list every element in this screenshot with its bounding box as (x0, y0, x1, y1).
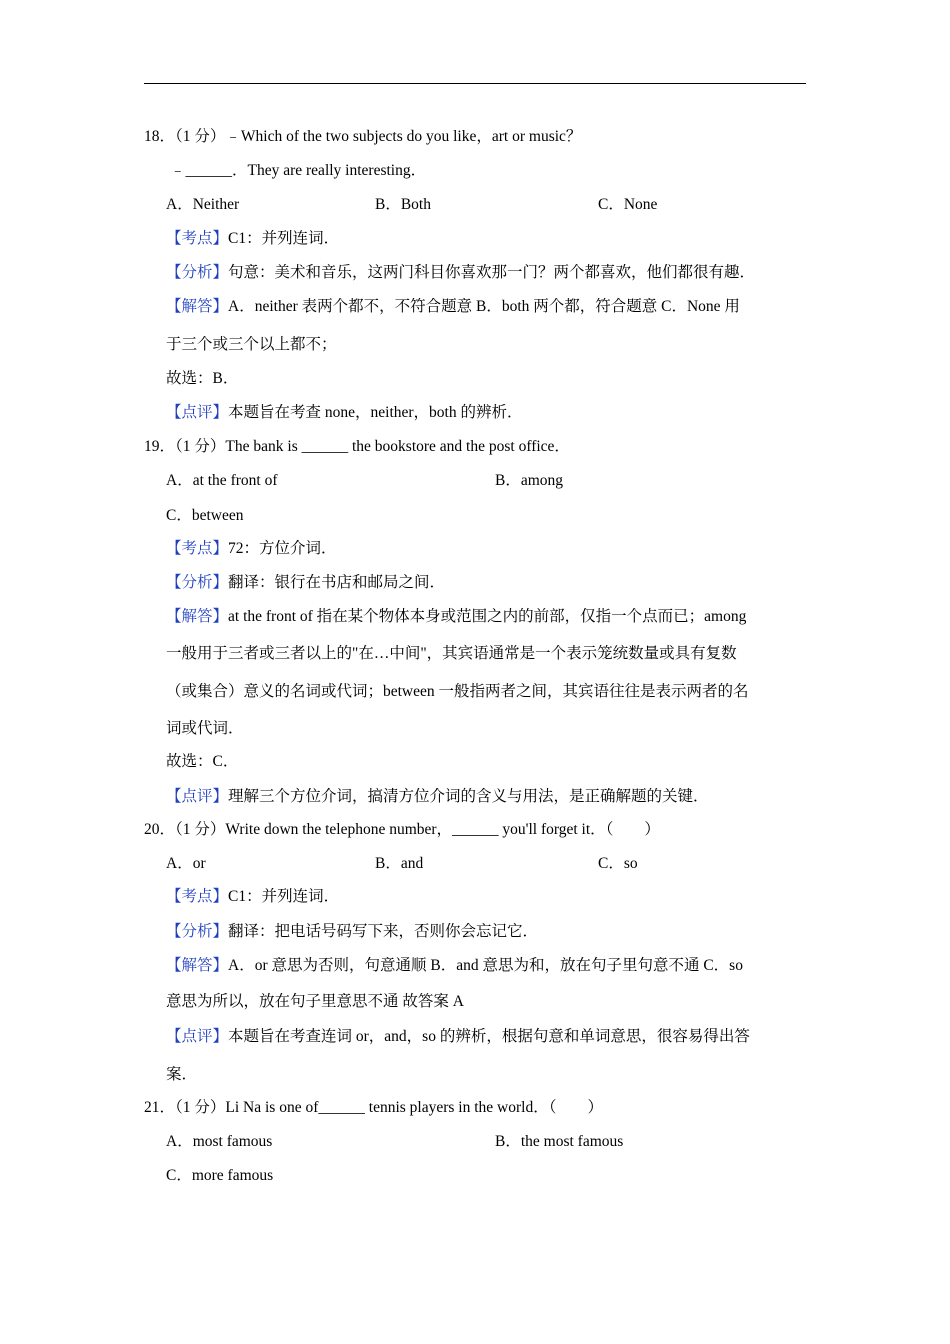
option-b: B．and (375, 854, 423, 874)
question-21-stem: 21．（1 分）Li Na is one of______ tennis pla… (144, 1098, 603, 1118)
option-c: C．more famous (166, 1166, 273, 1186)
option-b: B．among (495, 471, 563, 491)
option-c: C．between (166, 506, 243, 526)
jieda-cont: 一般用于三者或三者以上的"在…中间"，其宾语通常是一个表示笼统数量或具有复数 (166, 644, 737, 664)
kaodian: 【考点】C1：并列连词． (166, 887, 339, 907)
question-20-stem: 20．（1 分）Write down the telephone number，… (144, 820, 660, 840)
answer: 故选：B． (166, 369, 238, 389)
option-a: A．at the front of (166, 471, 277, 491)
dianping: 【点评】本题旨在考查连词 or，and，so 的辨析，根据句意和单词意思，很容易… (166, 1027, 750, 1047)
dianping: 【点评】理解三个方位介词，搞清方位介词的含义与用法，是正确解题的关键． (166, 787, 709, 807)
kaodian: 【考点】C1：并列连词． (166, 229, 339, 249)
option-c: C．None (598, 195, 657, 215)
answer: 故选：C． (166, 752, 238, 772)
question-18-stem: 18．（1 分）﹣Which of the two subjects do yo… (144, 127, 581, 147)
option-a: A．Neither (166, 195, 239, 215)
fenxi: 【分析】翻译：银行在书店和邮局之间． (166, 573, 445, 593)
header-rule (144, 83, 806, 84)
jieda: 【解答】A．or 意思为否则，句意通顺 B．and 意思为和，放在句子里句意不通… (166, 956, 743, 976)
jieda-cont: （或集合）意义的名词或代词；between 一般指两者之间，其宾语往往是表示两者… (166, 682, 749, 702)
jieda-cont: 于三个或三个以上都不； (166, 335, 337, 355)
option-a: A．most famous (166, 1132, 272, 1152)
jieda-cont: 意思为所以，放在句子里意思不通 故答案 A (166, 992, 464, 1012)
question-19-stem: 19．（1 分）The bank is ______ the bookstore… (144, 437, 570, 457)
dianping: 【点评】本题旨在考查 none，neither，both 的辨析． (166, 403, 523, 423)
fenxi: 【分析】翻译：把电话号码写下来，否则你会忘记它． (166, 922, 538, 942)
jieda: 【解答】A．neither 表两个都不，不符合题意 B．both 两个都，符合题… (166, 297, 740, 317)
option-b: B．Both (375, 195, 431, 215)
option-b: B．the most famous (495, 1132, 623, 1152)
fenxi: 【分析】句意：美术和音乐，这两门科目你喜欢那一门？两个都喜欢，他们都很有趣． (166, 263, 755, 283)
question-18-reply: ﹣______．They are really interesting． (170, 161, 426, 181)
jieda: 【解答】at the front of 指在某个物体本身或范围之内的前部，仅指一… (166, 607, 746, 627)
option-a: A．or (166, 854, 206, 874)
jieda-cont: 词或代词． (166, 719, 244, 739)
dianping-cont: 案． (166, 1065, 197, 1085)
kaodian: 【考点】72：方位介词． (166, 539, 337, 559)
option-c: C．so (598, 854, 638, 874)
